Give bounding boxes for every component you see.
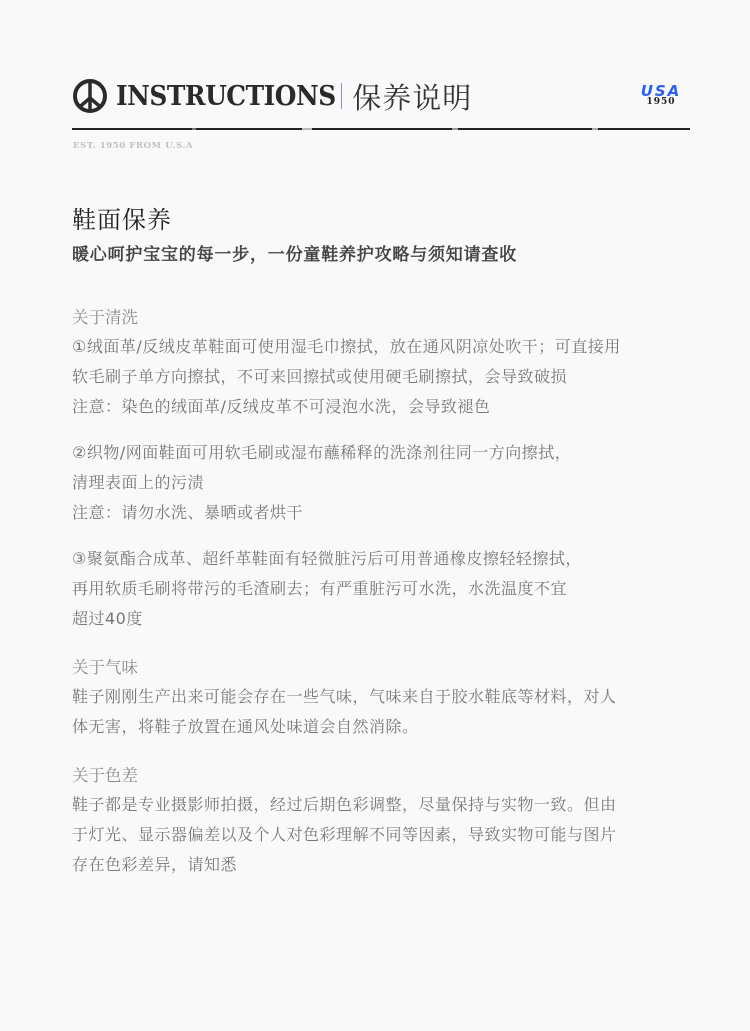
cleaning-item-3: ③聚氨酯合成革、超纤革鞋面有轻微脏污后可用普通橡皮擦轻轻擦拭， 再用软质毛刷将带… bbox=[72, 544, 692, 634]
title-divider bbox=[341, 83, 343, 109]
note-line: 注意：染色的绒面革/反绒皮革不可浸泡水洗，会导致褪色 bbox=[72, 392, 692, 422]
section-heading: 关于清洗 bbox=[72, 304, 692, 332]
paragraph-line: 清理表面上的污渍 bbox=[72, 468, 692, 498]
page-title: 鞋面保养 bbox=[72, 200, 172, 235]
section-odor: 关于气味 鞋子刚刚生产出来可能会存在一些气味，气味来自于胶水鞋底等材料，对人 体… bbox=[72, 654, 692, 742]
paragraph-line: 鞋子都是专业摄影师拍摄，经过后期色彩调整，尽量保持与实物一致。但由 bbox=[72, 790, 692, 820]
cleaning-item-2: ②织物/网面鞋面可用软毛刷或湿布蘸稀释的洗涤剂往同一方向擦拭， 清理表面上的污渍… bbox=[72, 438, 692, 528]
page-subtitle: 暖心呵护宝宝的每一步，一份童鞋养护攻略与须知请查收 bbox=[72, 240, 517, 265]
paragraph-line: ②织物/网面鞋面可用软毛刷或湿布蘸稀释的洗涤剂往同一方向擦拭， bbox=[72, 438, 692, 468]
paragraph-line: 体无害，将鞋子放置在通风处味道会自然消除。 bbox=[72, 712, 692, 742]
paragraph-line: 超过40度 bbox=[72, 604, 692, 634]
usa-badge: USA 1950 bbox=[636, 82, 686, 107]
section-color-difference: 关于色差 鞋子都是专业摄影师拍摄，经过后期色彩调整，尽量保持与实物一致。但由 于… bbox=[72, 762, 692, 880]
brand-title-cn: 保养说明 bbox=[352, 76, 472, 117]
paragraph-line: 鞋子刚刚生产出来可能会存在一些气味，气味来自于胶水鞋底等材料，对人 bbox=[72, 682, 692, 712]
cleaning-item-1: ①绒面革/反绒皮革鞋面可使用湿毛巾擦拭，放在通风阴凉处吹干；可直接用 软毛刷子单… bbox=[72, 332, 692, 422]
note-line: 注意：请勿水洗、暴晒或者烘干 bbox=[72, 498, 692, 528]
content: 关于清洗 ①绒面革/反绒皮革鞋面可使用湿毛巾擦拭，放在通风阴凉处吹干；可直接用 … bbox=[72, 304, 692, 880]
paragraph-line: 存在色彩差异，请知悉 bbox=[72, 850, 692, 880]
paragraph-line: 于灯光、显示器偏差以及个人对色彩理解不同等因素，导致实物可能与图片 bbox=[72, 820, 692, 850]
tagline: EST. 1950 FROM U.S.A bbox=[73, 141, 193, 151]
header: INSTRUCTIONS 保养说明 bbox=[72, 76, 472, 116]
paragraph-line: 再用软质毛刷将带污的毛渣刷去；有严重脏污可水洗，水洗温度不宜 bbox=[72, 574, 692, 604]
paragraph-line: ③聚氨酯合成革、超纤革鞋面有轻微脏污后可用普通橡皮擦轻轻擦拭， bbox=[72, 544, 692, 574]
section-cleaning: 关于清洗 ①绒面革/反绒皮革鞋面可使用湿毛巾擦拭，放在通风阴凉处吹干；可直接用 … bbox=[72, 304, 692, 634]
brand-title-en: INSTRUCTIONS bbox=[116, 81, 336, 112]
section-heading: 关于色差 bbox=[72, 762, 692, 790]
peace-sign-icon bbox=[72, 78, 108, 114]
section-heading: 关于气味 bbox=[72, 654, 692, 682]
paragraph-line: ①绒面革/反绒皮革鞋面可使用湿毛巾擦拭，放在通风阴凉处吹干；可直接用 bbox=[72, 332, 692, 362]
header-divider bbox=[72, 128, 690, 130]
paragraph-line: 软毛刷子单方向擦拭，不可来回擦拭或使用硬毛刷擦拭，会导致破损 bbox=[72, 362, 692, 392]
